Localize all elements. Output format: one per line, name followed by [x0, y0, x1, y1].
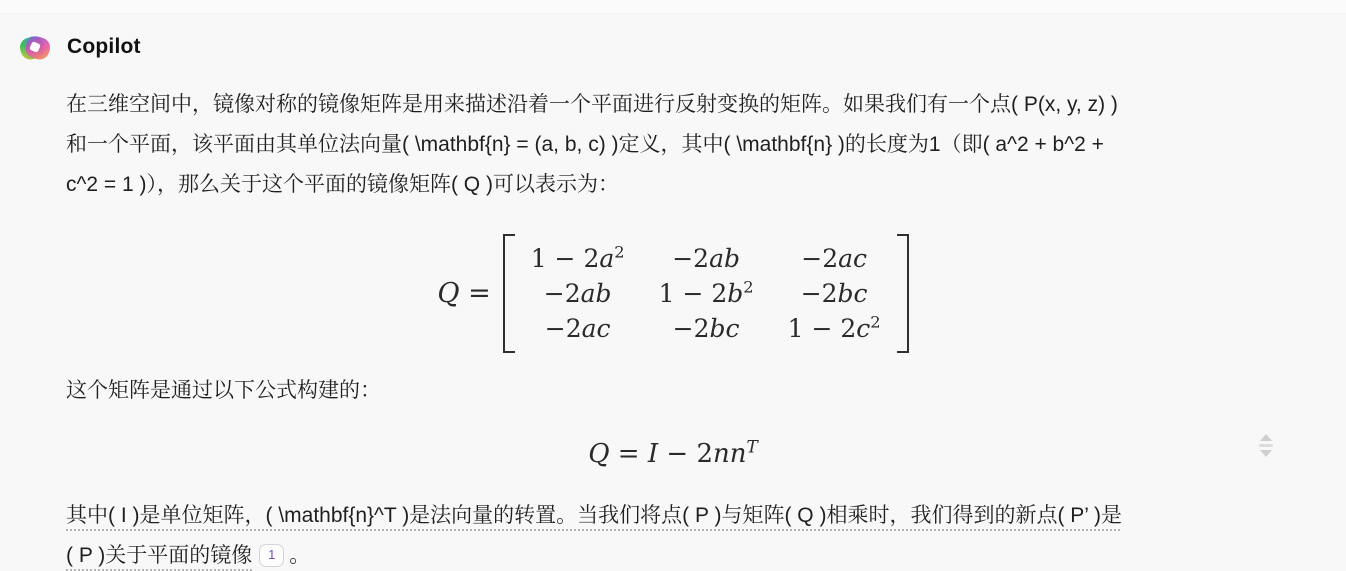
response-header: Copilot [17, 29, 141, 65]
matrix-grid: 1 − 2a2 −2ab −2ac −2ab 1 − 2b2 −2bc −2ac… [515, 234, 897, 353]
cited-text: 其中( I )是单位矩阵，( \mathbf{n}^T )是法向量的转置。当我们… [66, 504, 1122, 527]
matrix-cell: −2ab [544, 276, 612, 311]
matrix-lhs: Q = [437, 278, 490, 309]
paragraph-intro-line: c^2 = 1 )），那么关于这个平面的镜像矩阵( Q )可以表示为： [66, 165, 1118, 205]
matrix-right-bracket [897, 234, 909, 353]
matrix-cell: 1 − 2c2 [788, 311, 881, 346]
cited-text: ( P )关于平面的镜像 [66, 544, 252, 567]
paragraph-formula-intro: 这个矩阵是通过以下公式构建的： [66, 371, 381, 411]
scroll-drag-handle[interactable] [1256, 434, 1276, 457]
matrix-cell: −2ac [801, 241, 867, 276]
matrix-cell: −2bc [673, 311, 740, 346]
mirror-matrix-formula: Q = 1 − 2a2 −2ab −2ac −2ab 1 − 2b2 −2bc … [0, 234, 1346, 353]
reflection-equation: Q = I − 2nnT [0, 436, 1346, 472]
paragraph-formula-intro-line: 这个矩阵是通过以下公式构建的： [66, 371, 381, 411]
scroll-handle-bar [1259, 444, 1273, 447]
copilot-chat-page: { "header": { "app_name": "Copilot" }, "… [0, 0, 1346, 571]
paragraph-explanation: 其中( I )是单位矩阵，( \mathbf{n}^T )是法向量的转置。当我们… [66, 496, 1122, 571]
matrix-cell: −2ac [545, 311, 611, 346]
matrix-left-bracket [503, 234, 515, 353]
matrix-cell: −2ab [672, 241, 740, 276]
paragraph-intro: 在三维空间中，镜像对称的镜像矩阵是用来描述沿着一个平面进行反射变换的矩阵。如果我… [66, 85, 1118, 205]
reflection-equation-text: Q = I − 2nnT [588, 439, 758, 469]
paragraph-intro-line: 和一个平面，该平面由其单位法向量( \mathbf{n} = (a, b, c)… [66, 125, 1118, 165]
sentence-period: 。 [289, 544, 310, 567]
matrix-cell: 1 − 2b2 [659, 276, 754, 311]
matrix-cell: 1 − 2a2 [531, 241, 625, 276]
scroll-down-icon [1260, 450, 1272, 457]
scroll-up-icon [1260, 434, 1272, 441]
paragraph-intro-line: 在三维空间中，镜像对称的镜像矩阵是用来描述沿着一个平面进行反射变换的矩阵。如果我… [66, 85, 1118, 125]
copilot-logo-icon [17, 29, 53, 65]
top-strip [0, 0, 1346, 14]
matrix-cell: −2bc [801, 276, 868, 311]
citation-badge[interactable]: 1 [259, 544, 284, 567]
app-title: Copilot [67, 35, 141, 59]
